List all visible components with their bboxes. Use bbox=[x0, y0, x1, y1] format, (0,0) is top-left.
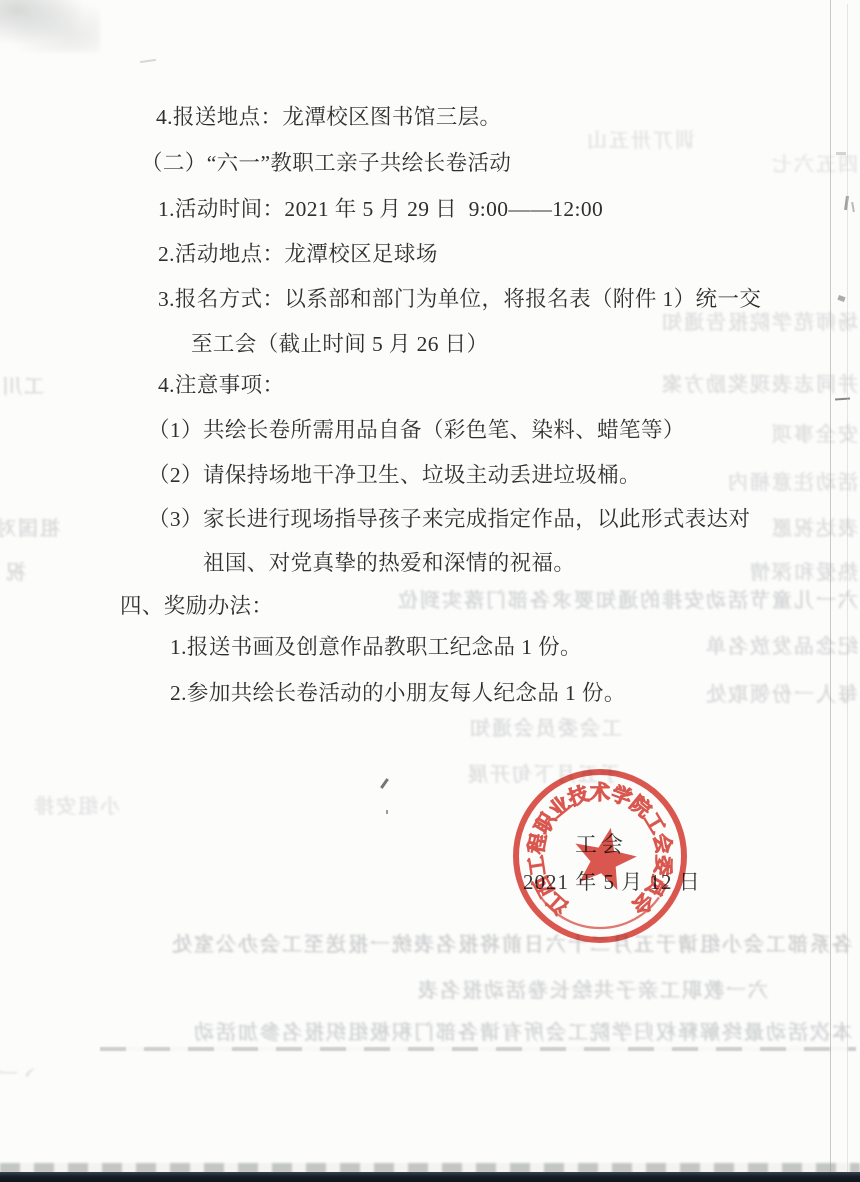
doc-line: 2.活动地点：龙潭校区足球场 bbox=[158, 237, 438, 268]
scanned-notice-page: 训丌卅五山四五六七场师范学院报告通知工川并同志表现奖励方案安全事项活动注意桶内祖… bbox=[0, 0, 860, 1182]
stamp-ring-char: 会 bbox=[649, 831, 676, 855]
bleed-through-text: 工会委员会通知 bbox=[432, 712, 622, 739]
doc-line: 至工会（截止时间 5 月 26 日） bbox=[191, 327, 488, 358]
bleed-through-text: 祝 bbox=[0, 556, 26, 583]
doc-line: 祖国、对党真挚的热爱和深情的祝福。 bbox=[203, 546, 575, 577]
star-icon bbox=[568, 821, 642, 892]
doc-line: 4.报送地点：龙潭校区图书馆三层。 bbox=[156, 100, 501, 131]
scan-speck bbox=[837, 295, 845, 302]
doc-line: （2）请保持场地干净卫生、垃圾主动丢进垃圾桶。 bbox=[148, 458, 641, 489]
bleed-through-text: 祖国对 bbox=[0, 512, 60, 539]
bleed-through-text: 六一教职工亲子共绘长卷活动报名表 bbox=[298, 974, 768, 1001]
doc-line: 2.参加共绘长卷活动的小朋友每人纪念品 1 份。 bbox=[170, 676, 626, 707]
bleed-through-text: 本次活动最终解释权归学院工会所有请各部门积极组织报名参加活动 bbox=[128, 1016, 852, 1043]
doc-line: （二）“六一”教职工亲子共绘长卷活动 bbox=[141, 146, 511, 177]
bleed-through-text: 工川 bbox=[2, 370, 44, 397]
bleed-through-streak bbox=[100, 1047, 856, 1051]
bleed-through-text: 小组安排 bbox=[0, 790, 120, 817]
scan-speck bbox=[851, 202, 855, 212]
bleed-through-text: 热爱和深情 bbox=[660, 556, 858, 583]
stamp-ring-char: 工 bbox=[525, 854, 550, 877]
doc-line: 4.注意事项： bbox=[158, 368, 284, 399]
doc-line: 四、奖励办法： bbox=[120, 589, 273, 620]
scan-speck bbox=[386, 810, 388, 814]
scan-speck bbox=[140, 59, 156, 63]
paper-edge-line bbox=[830, 0, 831, 1172]
doc-line: （3）家长进行现场指导孩子来完成指定作品，以此形式表达对 bbox=[148, 502, 750, 533]
scan-speck bbox=[380, 778, 389, 789]
stamp-ring-char: 术 bbox=[589, 780, 610, 804]
bleed-through-text: 每人一份领取处 bbox=[640, 678, 858, 705]
bleed-through-text: 四五六七 bbox=[700, 148, 858, 175]
bleed-through-text: 并同志表现奖励方案 bbox=[598, 368, 858, 395]
union-seal-stamp: 江西工程职业技术学院工会委员会 bbox=[498, 754, 702, 958]
bleed-through-text: 纪念品发放名单 bbox=[620, 630, 858, 657]
bleed-through-text: 六一儿童节活动安排的通知要求各部门落实到位 bbox=[292, 584, 858, 611]
bleed-through-text: 训丌卅五山 bbox=[575, 124, 695, 151]
scan-speck bbox=[836, 152, 846, 155]
bleed-through-text: 各系部工会小组请于五月二十六日前将报名表统一报送至工会办公室处 bbox=[108, 928, 852, 955]
doc-line: 1.报送书画及创意作品教职工纪念品 1 份。 bbox=[170, 630, 582, 661]
paper-edge-line-faint bbox=[847, 4, 848, 1172]
scan-smudge bbox=[0, 0, 100, 52]
bleed-through-text: 丶一 bbox=[0, 1058, 40, 1085]
bleed-through-text: 活动注意桶内 bbox=[700, 466, 858, 493]
doc-line: 3.报名方式：以系部和部门为单位，将报名表（附件 1）统一交 bbox=[158, 282, 761, 313]
doc-line: （1）共绘长卷所需用品自备（彩色笔、染料、蜡笔等） bbox=[148, 413, 685, 444]
doc-line: 1.活动时间：2021 年 5 月 29 日 9:00——12:00 bbox=[158, 192, 603, 223]
bleed-through-text: 安全事项 bbox=[742, 418, 858, 445]
scanner-bed-strip-black bbox=[0, 1172, 860, 1182]
